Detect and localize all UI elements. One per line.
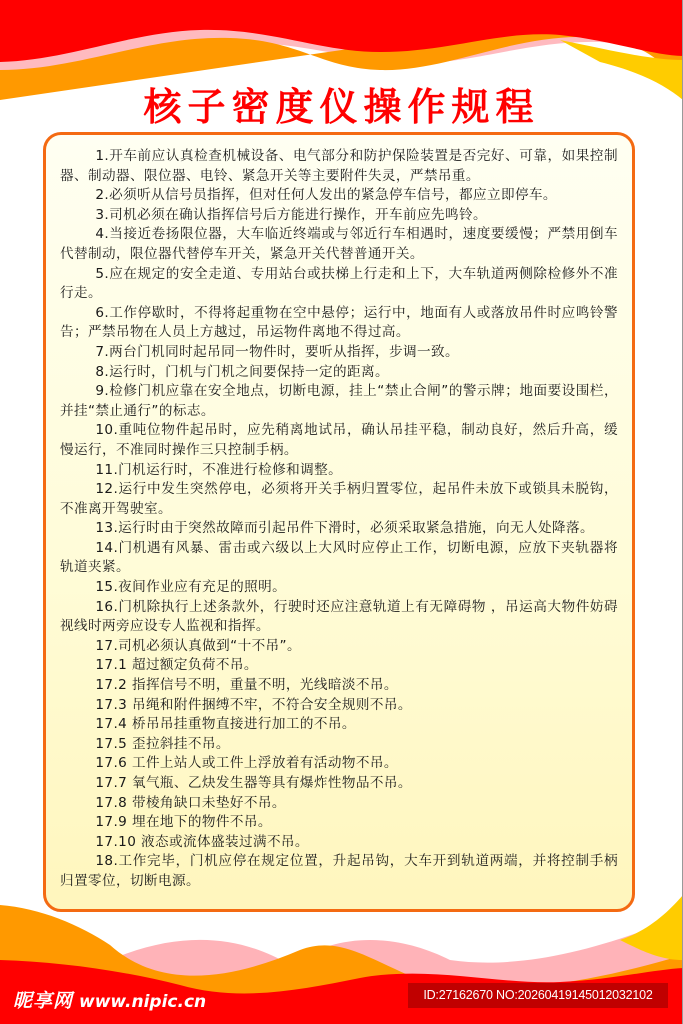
rule-item: 9.检修门机应靠在安全地点，切断电源，挂上“禁止合闸”的警示牌；地面要设围栏，并… [60, 382, 618, 421]
rule-sub-item: 17.9 埋在地下的物件不吊。 [60, 813, 618, 833]
rule-item: 6.工作停歇时，不得将起重物在空中悬停；运行中，地面有人或落放吊件时应鸣铃警告；… [60, 304, 618, 343]
rule-item: 16.门机除执行上述条款外，行驶时还应注意轨道上有无障碍物 ，吊运高大物件妨碍视… [60, 598, 618, 637]
rules-list: 1.开车前应认真检查机械设备、电气部分和防护保险装置是否完好、可靠，如果控制器、… [60, 147, 618, 892]
rule-sub-item: 17.5 歪拉斜挂不吊。 [60, 735, 618, 755]
rule-item: 1.开车前应认真检查机械设备、电气部分和防护保险装置是否完好、可靠，如果控制器、… [60, 147, 618, 186]
watermark-url: www.nipic.cn [79, 992, 206, 1012]
rule-sub-item: 17.2 指挥信号不明，重量不明，光线暗淡不吊。 [60, 676, 618, 696]
watermark-id: ID:27162670 NO:20260419145012032102 [408, 983, 668, 1008]
rule-sub-item: 17.4 桥吊吊挂重物直接进行加工的不吊。 [60, 715, 618, 735]
rule-item: 13.运行时由于突然故障而引起吊件下滑时，必须采取紧急措施，向无人处降落。 [60, 519, 618, 539]
rule-item: 10.重吨位物件起吊时，应先稍离地试吊，确认吊挂平稳，制动良好，然后升高，缓慢运… [60, 421, 618, 460]
rule-item: 14.门机遇有风暴、雷击或六级以上大风时应停止工作，切断电源，应放下夹轨器将轨道… [60, 539, 618, 578]
rules-panel: 1.开车前应认真检查机械设备、电气部分和防护保险装置是否完好、可靠，如果控制器、… [43, 132, 635, 912]
rule-sub-item: 17.3 吊绳和附件捆缚不牢，不符合安全规则不吊。 [60, 696, 618, 716]
rule-item: 8.运行时，门机与门机之间要保持一定的距离。 [60, 363, 618, 383]
rule-item: 12.运行中发生突然停电，必须将开关手柄归置零位，起吊件未放下或锁具未脱钩，不准… [60, 480, 618, 519]
rule-item: 2.必须听从信号员指挥，但对任何人发出的紧急停车信号，都应立即停车。 [60, 186, 618, 206]
rule-item: 5.应在规定的安全走道、专用站台或扶梯上行走和上下，大车轨道两侧除检修外不准行走… [60, 265, 618, 304]
watermark-logo: 昵享网www.nipic.cn [13, 986, 206, 1013]
rule-item: 18.工作完毕，门机应停在规定位置，升起吊钩，大车开到轨道两端，并将控制手柄归置… [60, 852, 618, 891]
rule-sub-item: 17.8 带棱角缺口未垫好不吊。 [60, 794, 618, 814]
rule-item: 15.夜间作业应有充足的照明。 [60, 578, 618, 598]
rule-sub-item: 17.1 超过额定负荷不吊。 [60, 656, 618, 676]
rule-item: 3.司机必须在确认指挥信号后方能进行操作，开车前应先鸣铃。 [60, 206, 618, 226]
rule-item: 4.当接近卷扬限位器，大车临近终端或与邻近行车相遇时，速度要缓慢；严禁用倒车代替… [60, 225, 618, 264]
page-title: 核子密度仪操作规程 [0, 76, 683, 131]
rule-sub-item: 17.10 液态或流体盛装过满不吊。 [60, 833, 618, 853]
rule-item: 17.司机必须认真做到“十不吊”。 [60, 637, 618, 657]
rule-sub-item: 17.7 氧气瓶、乙炔发生器等具有爆炸性物品不吊。 [60, 774, 618, 794]
watermark-logo-cn: 昵享网 [13, 990, 73, 1012]
rule-item: 7.两台门机同时起吊同一物件时，要听从指挥，步调一致。 [60, 343, 618, 363]
rule-sub-item: 17.6 工件上站人或工件上浮放着有活动物不吊。 [60, 754, 618, 774]
rule-item: 11.门机运行时，不准进行检修和调整。 [60, 461, 618, 481]
